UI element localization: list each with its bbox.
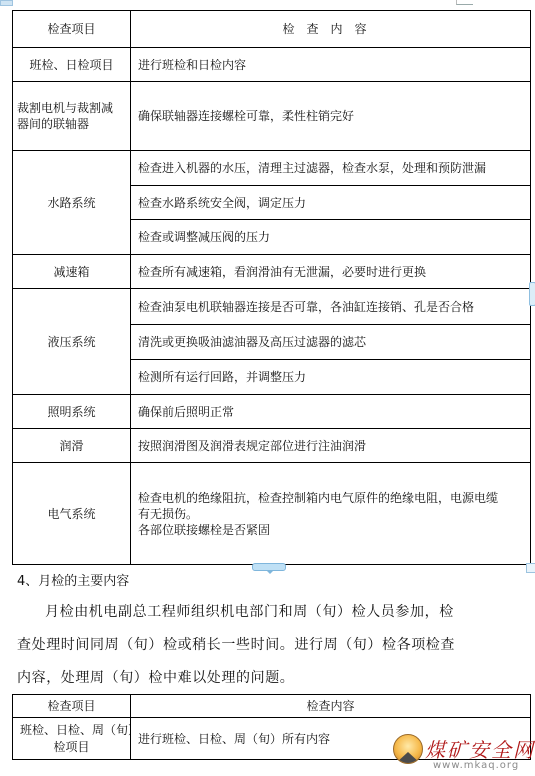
row-content: 进行班检和日检内容: [131, 48, 531, 82]
table-row: 照明系统 确保前后照明正常: [13, 395, 531, 429]
margin-corner-mark: [456, 0, 473, 5]
header-content: 检查内容: [131, 695, 531, 718]
row-item-line: 器间的联轴器: [17, 116, 123, 132]
table-header-row: 检查项目 检查内容: [13, 695, 531, 718]
row-content-line: 各部位联接螺栓是否紧固: [138, 522, 523, 538]
table-move-handle-icon[interactable]: [0, 0, 13, 6]
table-resize-side-handle[interactable]: [529, 282, 535, 306]
row-item: 班检、日检项目: [13, 48, 131, 82]
row-item-line: 班检、日检、周（旬）: [20, 722, 123, 739]
row-item: 裁割电机与裁割减 器间的联轴器: [13, 82, 131, 151]
table-row: 裁割电机与裁割减 器间的联轴器 确保联轴器连接螺栓可靠，柔性柱销完好: [13, 82, 531, 151]
table-row: 润滑 按照润滑图及润滑表规定部位进行注油润滑: [13, 429, 531, 463]
row-content: 检查油泵电机联轴器连接是否可靠，各油缸连接销、孔是否合格: [131, 289, 531, 325]
row-item-line: 检项目: [20, 739, 123, 756]
row-item: 照明系统: [13, 395, 131, 429]
row-content: 检查进入机器的水压，清理主过滤器，检查水泵，处理和预防泄漏: [131, 151, 531, 186]
row-item: 电气系统: [13, 463, 131, 565]
table-row: 班检、日检项目 进行班检和日检内容: [13, 48, 531, 82]
row-content-line: 检查电机的绝缘阻抗，检查控制箱内电气原件的绝缘电阻，电源电缆: [138, 490, 523, 506]
row-item: 减速箱: [13, 255, 131, 289]
row-item-line: 裁割电机与裁割减: [17, 100, 123, 116]
mountain-sun-logo-icon: [393, 734, 423, 764]
header-content: 检查内容: [131, 11, 531, 48]
table-header-row: 检查项目 检查内容: [13, 11, 531, 48]
row-content: 确保前后照明正常: [131, 395, 531, 429]
header-item: 检查项目: [13, 695, 131, 718]
table-row: 电气系统 检查电机的绝缘阻抗，检查控制箱内电气原件的绝缘电阻，电源电缆 有无损伤…: [13, 463, 531, 565]
row-item: 液压系统: [13, 289, 131, 395]
row-item: 班检、日检、周（旬） 检项目: [13, 718, 131, 760]
row-content: 检测所有运行回路，并调整压力: [131, 360, 531, 395]
watermark-url: www.mkaq.org: [433, 760, 519, 771]
row-content: 检查所有减速箱，看润滑油有无泄漏，必要时进行更换: [131, 255, 531, 289]
table-move-down-icon[interactable]: [252, 563, 286, 571]
table-resize-corner-icon[interactable]: [526, 563, 535, 573]
row-content: 检查电机的绝缘阻抗，检查控制箱内电气原件的绝缘电阻，电源电缆 有无损伤。 各部位…: [131, 463, 531, 565]
row-item: 润滑: [13, 429, 131, 463]
watermark-title: 煤矿安全网: [425, 734, 535, 763]
section-heading: 4、月检的主要内容: [17, 570, 129, 589]
table-row: 水路系统 检查进入机器的水压，清理主过滤器，检查水泵，处理和预防泄漏: [13, 151, 531, 186]
row-content: 检查或调整减压阀的压力: [131, 220, 531, 255]
row-content: 确保联轴器连接螺栓可靠，柔性柱销完好: [131, 82, 531, 151]
row-content: 清洗或更换吸油滤油器及高压过滤器的滤芯: [131, 325, 531, 360]
inspection-table: 检查项目 检查内容 班检、日检项目 进行班检和日检内容 裁割电机与裁割减 器间的…: [12, 10, 531, 565]
row-item: 水路系统: [13, 151, 131, 255]
document-page: 检查项目 检查内容 班检、日检项目 进行班检和日检内容 裁割电机与裁割减 器间的…: [0, 0, 535, 776]
row-content-line: 有无损伤。: [138, 506, 523, 522]
row-content: 按照润滑图及润滑表规定部位进行注油润滑: [131, 429, 531, 463]
header-item: 检查项目: [13, 11, 131, 48]
watermark: 煤矿安全网 www.mkaq.org: [393, 732, 535, 776]
row-content: 检查水路系统安全阀，调定压力: [131, 186, 531, 220]
table-row: 减速箱 检查所有减速箱，看润滑油有无泄漏，必要时进行更换: [13, 255, 531, 289]
section-paragraph: 月检由机电副总工程师组织机电部门和周（旬）检人员参加，检查处理时间同周（旬）检或…: [17, 596, 467, 695]
table-row: 液压系统 检查油泵电机联轴器连接是否可靠，各油缸连接销、孔是否合格: [13, 289, 531, 325]
